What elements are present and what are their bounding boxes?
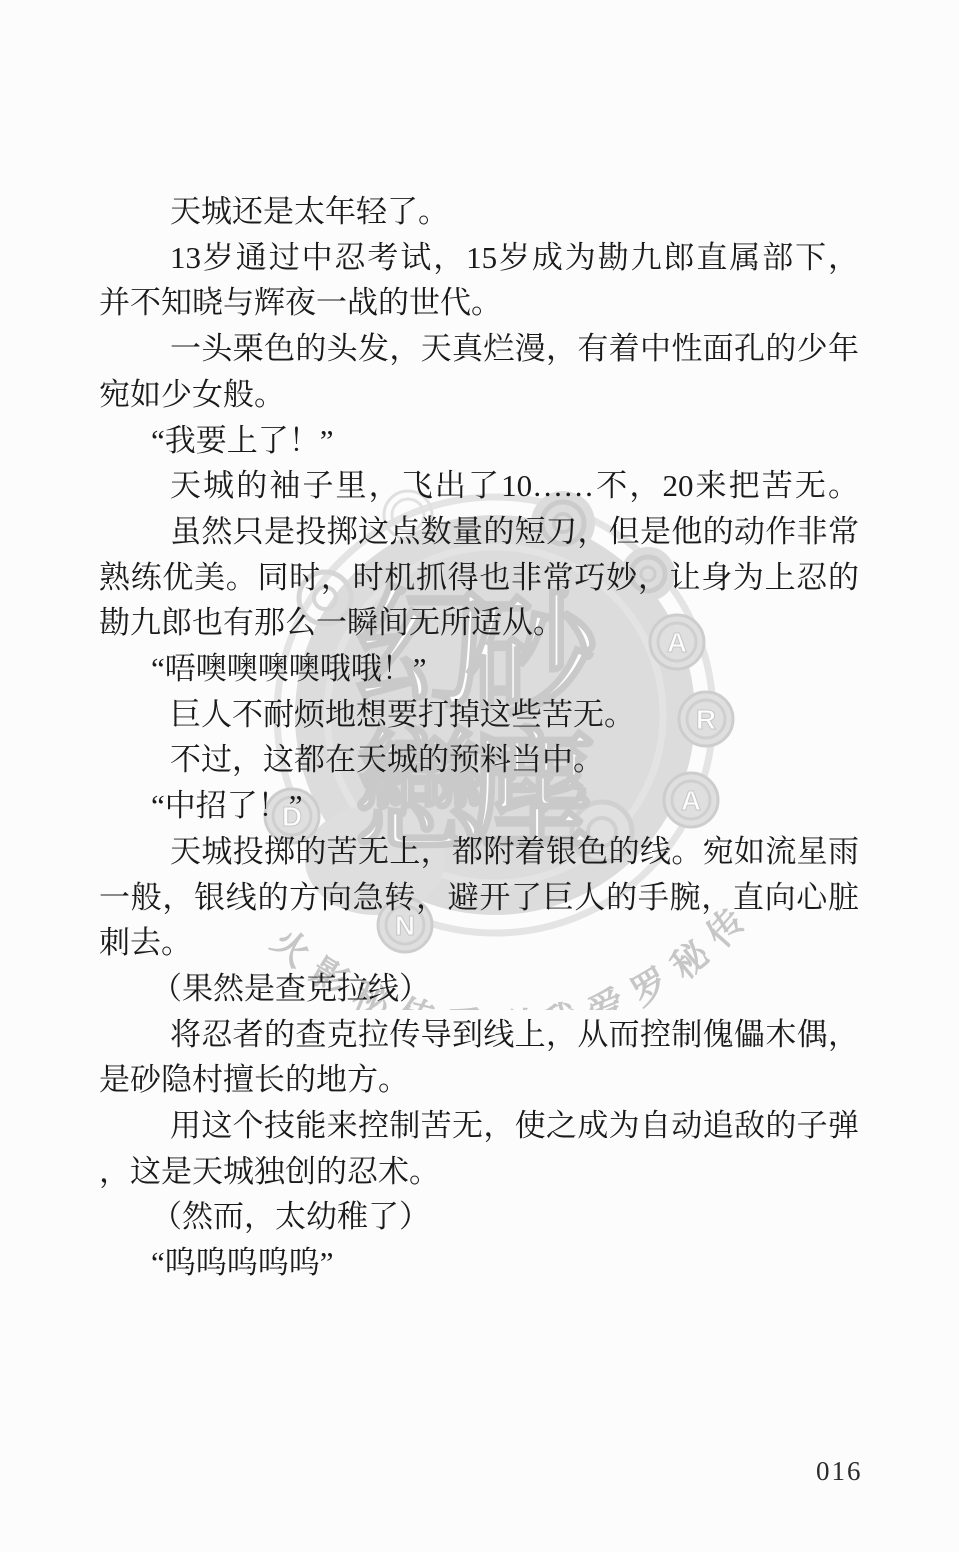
- text-line: 宛如少女般。: [99, 372, 859, 418]
- text-line: （然而，太幼稚了）: [99, 1194, 859, 1240]
- text-line: （果然是查克拉线）: [99, 966, 859, 1012]
- text-line: 并不知晓与辉夜一战的世代。: [99, 280, 859, 326]
- text-line: 用这个技能来控制苦无，使之成为自动追敌的子弹: [99, 1103, 859, 1149]
- text-line: 将忍者的查克拉传导到线上，从而控制傀儡木偶，: [99, 1012, 859, 1058]
- text-line: 巨人不耐烦地想要打掉这些苦无。: [99, 692, 859, 738]
- text-line: 熟练优美。同时，时机抓得也非常巧妙，让身为上忍的: [99, 555, 859, 601]
- text-line: 一头栗色的头发，天真烂漫，有着中性面孔的少年: [99, 326, 859, 372]
- text-line: ，这是天城独创的忍术。: [99, 1149, 859, 1195]
- book-page: 幻 砂 戀 塵 A R A N: [0, 0, 959, 1552]
- text-line: “我要上了！”: [99, 418, 859, 464]
- text-line: “呜呜呜呜呜”: [99, 1240, 859, 1286]
- text-line: 13岁通过中忍考试，15岁成为勘九郎直属部下，: [99, 235, 859, 281]
- text-line: 不过，这都在天城的预料当中。: [99, 737, 859, 783]
- text-line: 天城还是太年轻了。: [99, 189, 859, 235]
- page-number: 016: [816, 1456, 863, 1487]
- body-text: 天城还是太年轻了。 13岁通过中忍考试，15岁成为勘九郎直属部下， 并不知晓与辉…: [99, 189, 859, 1286]
- text-line: “中招了！”: [99, 783, 859, 829]
- text-line: 刺去。: [99, 920, 859, 966]
- text-line: 天城投掷的苦无上，都附着银色的线。宛如流星雨: [99, 829, 859, 875]
- text-line: “唔噢噢噢噢哦哦！”: [99, 646, 859, 692]
- text-line: 虽然只是投掷这点数量的短刀，但是他的动作非常: [99, 509, 859, 555]
- text-line: 是砂隐村擅长的地方。: [99, 1057, 859, 1103]
- text-line: 一般，银线的方向急转，避开了巨人的手腕，直向心脏: [99, 875, 859, 921]
- text-line: 天城的袖子里，飞出了10……不，20来把苦无。: [99, 463, 859, 509]
- text-line: 勘九郎也有那么一瞬间无所适从。: [99, 600, 859, 646]
